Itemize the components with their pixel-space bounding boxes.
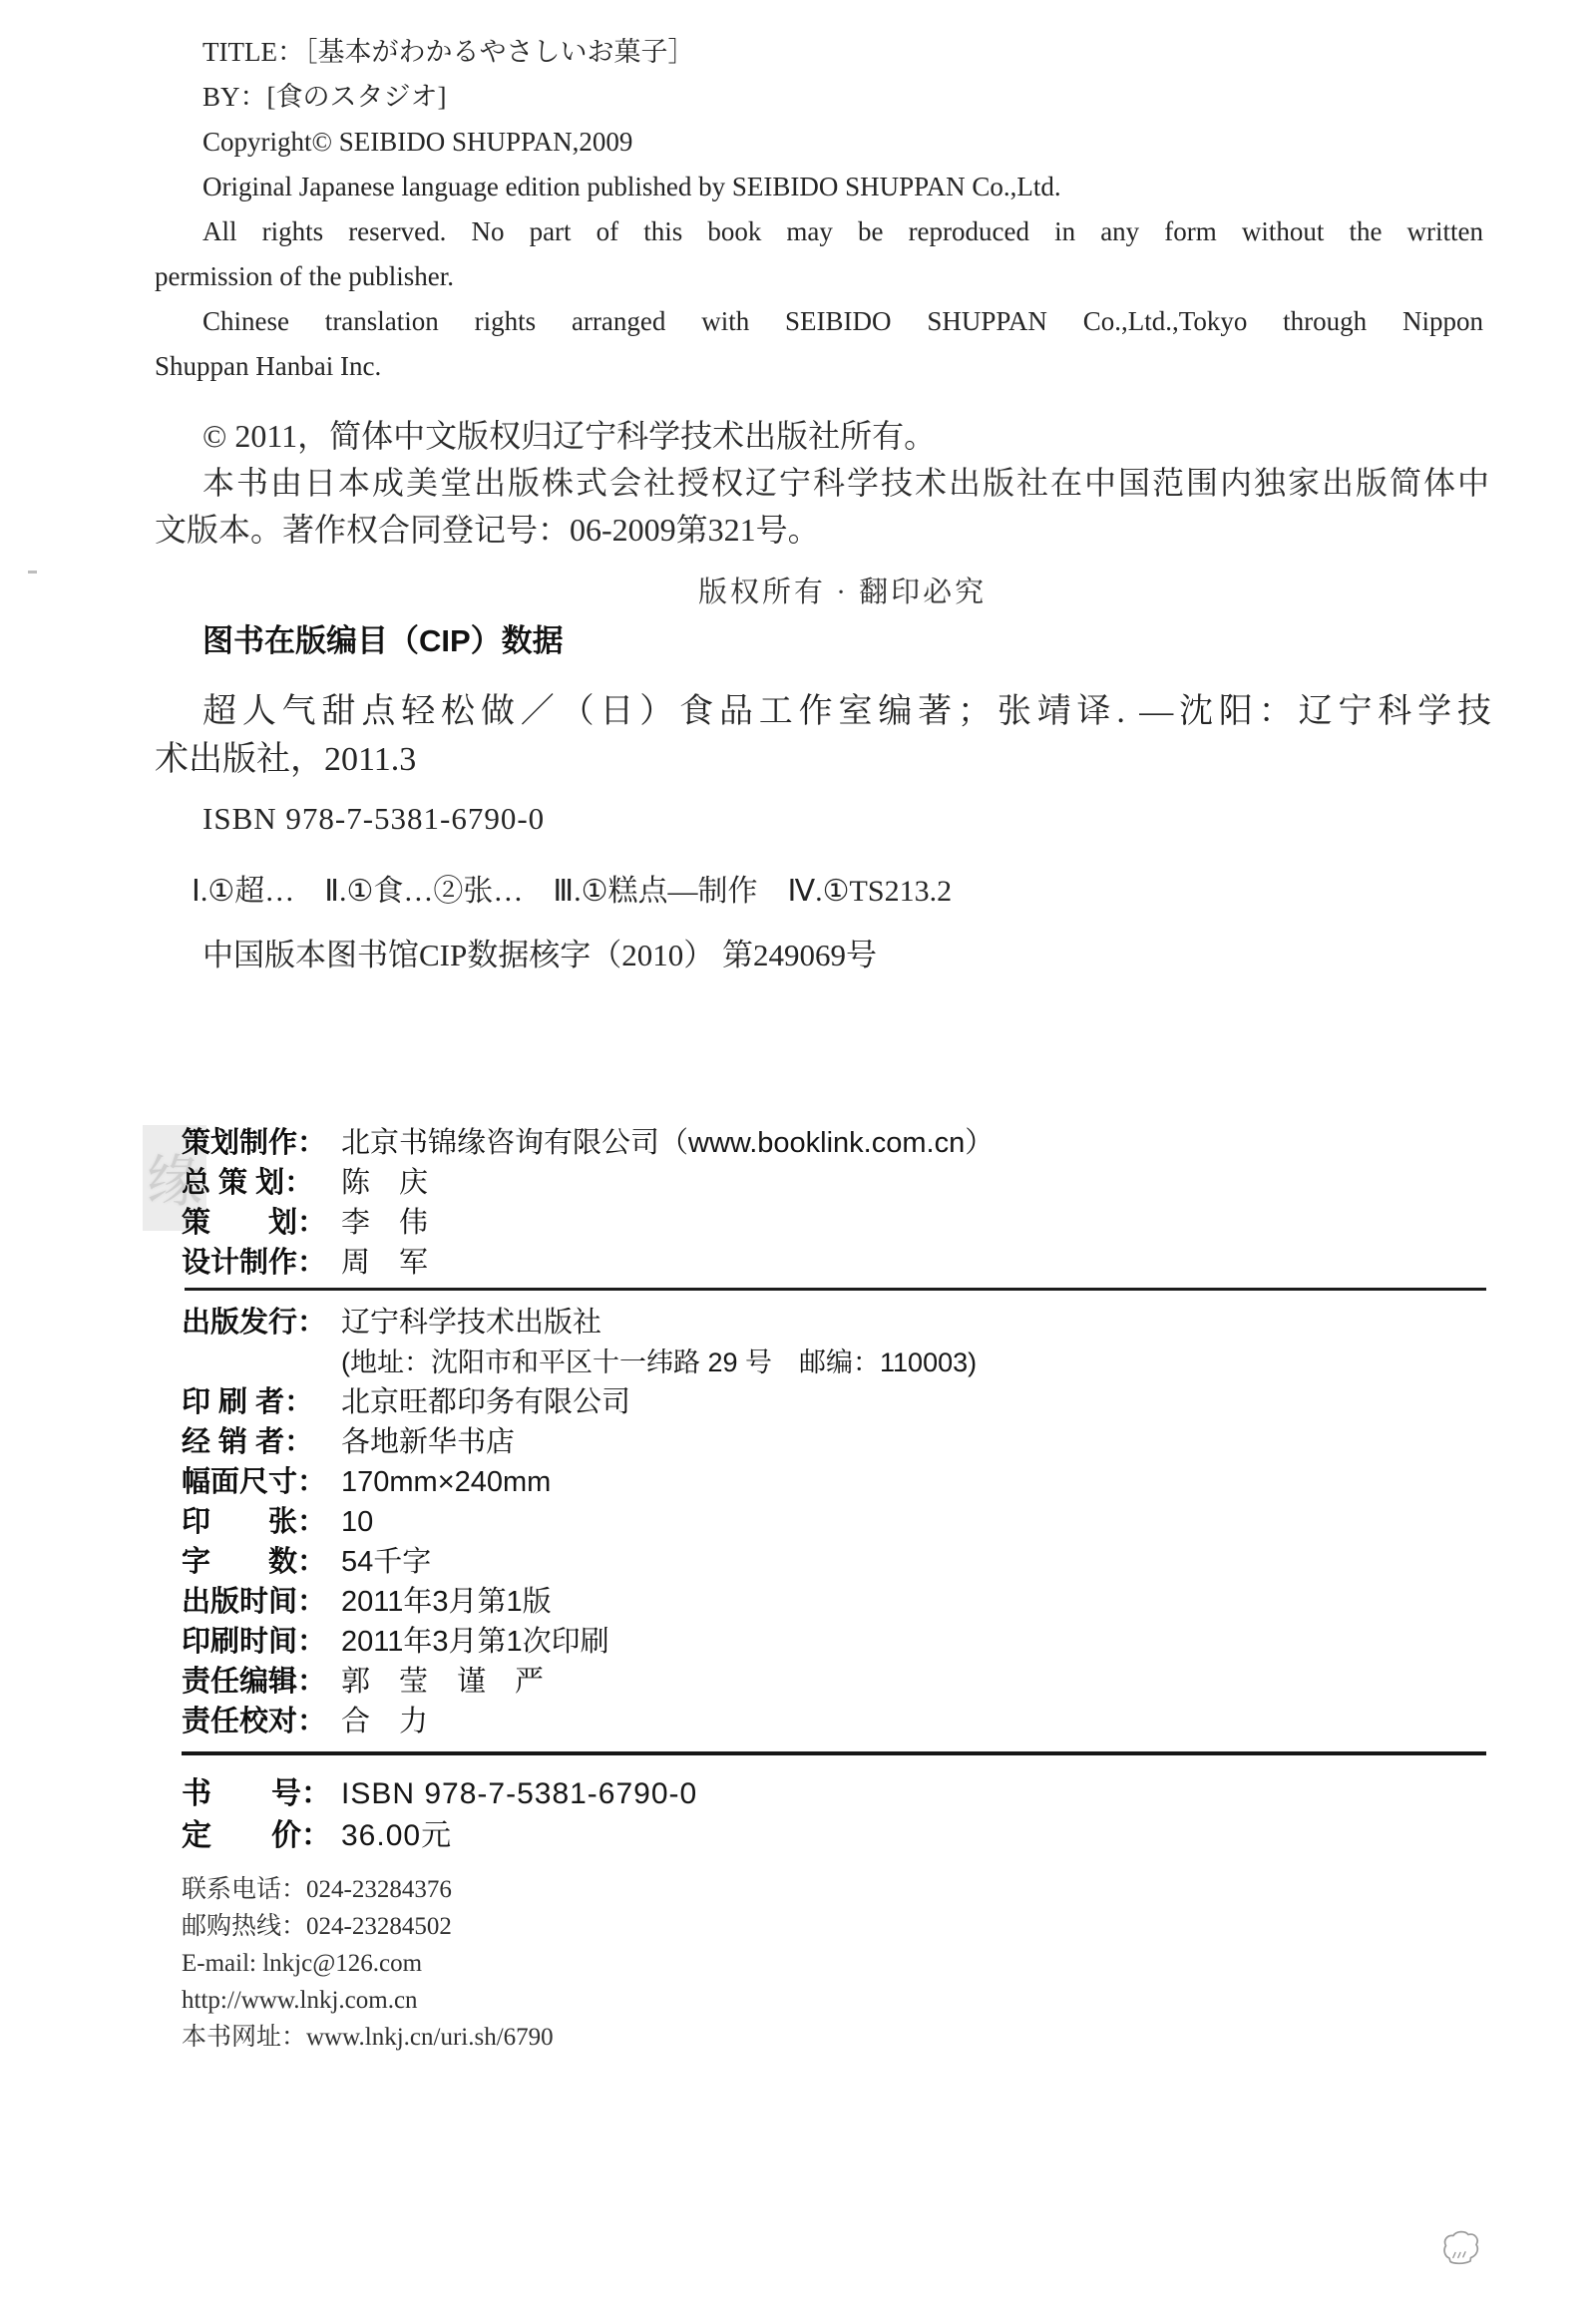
cip-entry: 超人气甜点轻松做／（日）食品工作室编著；张靖译. —沈阳：辽宁科学技 术出版社，… [155,688,1491,784]
row-value: (地址：沈阳市和平区十一纬路 29 号 邮编：110003) [341,1343,977,1382]
cip-classification: Ⅰ.①超… Ⅱ.①食…②张… Ⅲ.①糕点—制作 Ⅳ.①TS213.2 [192,866,952,910]
chef-hat-icon [1440,2230,1482,2268]
publication-info: 出版发行： 辽宁科学技术出版社 (地址：沈阳市和平区十一纬路 29 号 邮编：1… [182,1303,977,1741]
chinese-copyright-paragraph: © 2011，简体中文版权归辽宁科学技术出版社所有。 本书由日本成美堂出版株式会… [155,413,1489,554]
email-line: E-mail: lnkjc@126.com [182,1945,554,1982]
publication-row: 印刷时间： 2011年3月第1次印刷 [182,1622,977,1662]
contact-info: 联系电话：024-23284376 邮购热线：024-23284502 E-ma… [182,1871,554,2056]
publication-row: 经 销 者： 各地新华书店 [182,1422,977,1462]
publication-row: 字 数： 54千字 [182,1542,977,1582]
horizontal-rule-top [185,1288,1486,1291]
row-label: 责任编辑： [182,1662,331,1702]
row-value: 郭 莹 谨 严 [341,1662,544,1702]
row-value: 36.00元 [341,1815,452,1857]
row-value: 170mm×240mm [341,1462,551,1502]
row-value: 10 [341,1502,373,1542]
cip-record-number: 中国版本图书馆CIP数据核字（2010） 第249069号 [202,930,877,974]
colophon-page: TITLE：［基本がわかるやさしいお菓子］ BY：[食のスタジオ] Copyri… [0,0,1596,2309]
cip-heading: 图书在版编目（CIP）数据 [202,615,564,660]
row-label: 印刷时间： [182,1622,331,1662]
cip-isbn: ISBN 978-7-5381-6790-0 [202,801,545,837]
row-value: 各地新华书店 [341,1422,515,1462]
original-publisher-line: Original Japanese language edition publi… [155,165,1483,209]
row-label: 书 号： [182,1773,331,1815]
original-title-line: TITLE：［基本がわかるやさしいお菓子］ [155,30,1483,75]
book-number-price: 书 号： ISBN 978-7-5381-6790-0 定 价： 36.00元 [182,1773,697,1857]
production-credits: 策划制作： 北京书锦缘咨询有限公司（www.booklink.com.cn） 总… [182,1123,994,1283]
cn-copyright-line-1: © 2011，简体中文版权归辽宁科学技术出版社所有。 [155,413,1489,460]
publication-row: 出版发行： 辽宁科学技术出版社 [182,1303,977,1343]
row-value: 陈 庆 [341,1163,428,1203]
cip-entry-line-2: 术出版社，2011.3 [155,736,1491,784]
row-value: 北京旺都印务有限公司 [341,1382,630,1422]
row-value: 合 力 [341,1702,428,1741]
publication-row: 出版时间： 2011年3月第1版 [182,1582,977,1622]
row-label: 总 策 划： [182,1163,331,1203]
row-value: 北京书锦缘咨询有限公司（www.booklink.com.cn） [341,1123,994,1163]
cn-copyright-line-2: 本书由日本成美堂出版株式会社授权辽宁科学技术出版社在中国范围内独家出版简体中 [155,460,1489,507]
copyright-line: Copyright© SEIBIDO SHUPPAN,2009 [155,120,1483,165]
reprint-prohibited-notice: 版权所有 · 翻印必究 [698,570,987,610]
cip-entry-line-1: 超人气甜点轻松做／（日）食品工作室编著；张靖译. —沈阳：辽宁科学技 [155,688,1491,736]
row-label: 设计制作： [182,1243,331,1283]
original-author-line: BY：[食のスタジオ] [155,75,1483,120]
row-label: 责任校对： [182,1702,331,1741]
translation-rights-line-1: Chinese translation rights arranged with… [155,299,1483,344]
row-value: 辽宁科学技术出版社 [341,1303,601,1343]
row-label: 印 刷 者： [182,1382,331,1422]
row-label: 策 划： [182,1203,331,1243]
translation-rights-line-2: Shuppan Hanbai Inc. [155,344,1483,389]
rights-reserved-line-2: permission of the publisher. [155,254,1483,299]
scan-artifact-dash [28,571,37,574]
row-label: 定 价： [182,1815,331,1857]
row-value: 2011年3月第1版 [341,1582,552,1622]
row-label: 出版发行： [182,1303,331,1343]
row-label: 策划制作： [182,1123,331,1163]
mail-order-line: 邮购热线：024-23284502 [182,1908,554,1945]
row-value: 2011年3月第1次印刷 [341,1622,609,1662]
rights-reserved-line-1: All rights reserved. No part of this boo… [155,209,1483,254]
publication-row: 印 刷 者： 北京旺都印务有限公司 [182,1382,977,1422]
publication-row: 印 张： 10 [182,1502,977,1542]
publication-row: 责任编辑： 郭 莹 谨 严 [182,1662,977,1702]
horizontal-rule-bottom [182,1751,1486,1755]
row-label: 出版时间： [182,1582,331,1622]
book-number-row: 书 号： ISBN 978-7-5381-6790-0 [182,1773,697,1815]
row-label: 经 销 者： [182,1422,331,1462]
row-label: 幅面尺寸： [182,1462,331,1502]
row-label: 字 数： [182,1542,331,1582]
row-label [182,1343,331,1382]
production-row: 总 策 划： 陈 庆 [182,1163,994,1203]
production-row: 策 划： 李 伟 [182,1203,994,1243]
publication-row: 责任校对： 合 力 [182,1702,977,1741]
contact-phone-line: 联系电话：024-23284376 [182,1871,554,1908]
row-value: ISBN 978-7-5381-6790-0 [341,1773,697,1815]
book-url-line: 本书网址：www.lnkj.cn/uri.sh/6790 [182,2019,554,2056]
publisher-url-line: http://www.lnkj.com.cn [182,1982,554,2019]
row-value: 54千字 [341,1542,431,1582]
production-row: 策划制作： 北京书锦缘咨询有限公司（www.booklink.com.cn） [182,1123,994,1163]
row-value: 周 军 [341,1243,428,1283]
publisher-address-row: (地址：沈阳市和平区十一纬路 29 号 邮编：110003) [182,1343,977,1382]
row-label: 印 张： [182,1502,331,1542]
production-row: 设计制作： 周 军 [182,1243,994,1283]
cn-copyright-line-3: 文版本。著作权合同登记号：06-2009第321号。 [155,507,1489,554]
row-value: 李 伟 [341,1203,428,1243]
publication-row: 幅面尺寸： 170mm×240mm [182,1462,977,1502]
price-row: 定 价： 36.00元 [182,1815,697,1857]
original-edition-notice: TITLE：［基本がわかるやさしいお菓子］ BY：[食のスタジオ] Copyri… [155,30,1483,389]
